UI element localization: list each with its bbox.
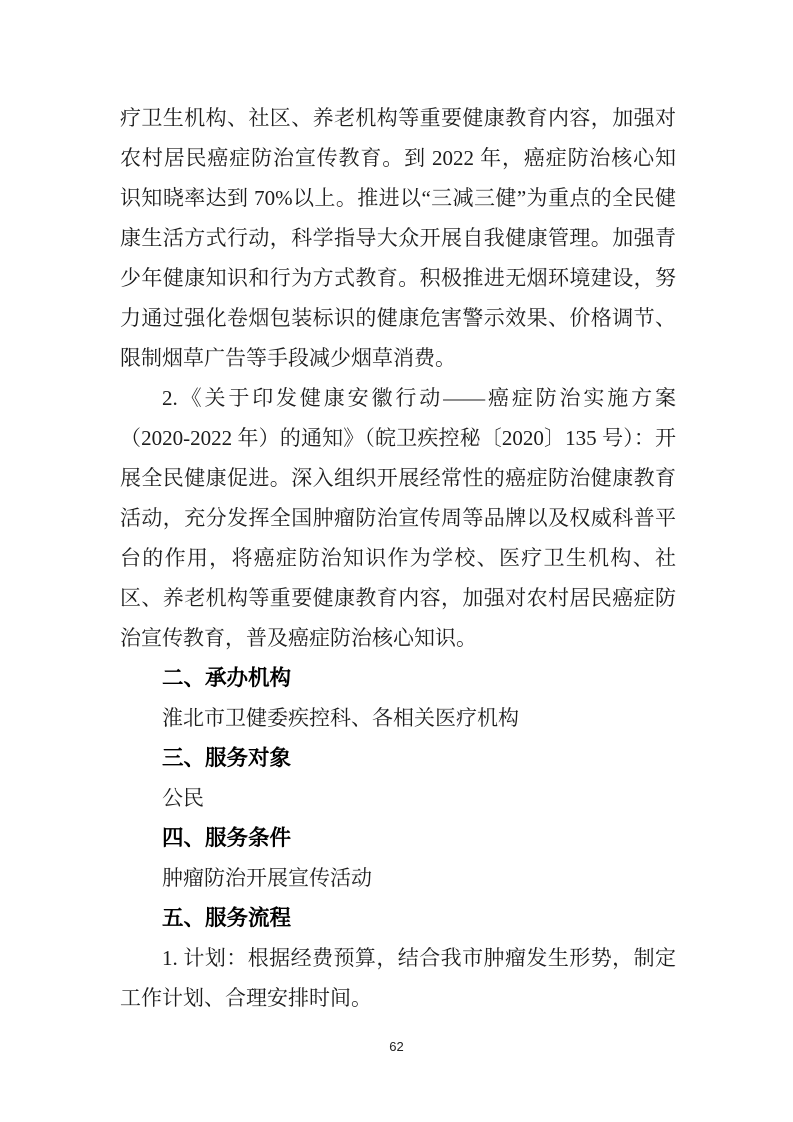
page-number: 62 <box>389 1039 403 1054</box>
section-heading: 四、服务条件 <box>120 818 676 858</box>
body-paragraph: 1. 计划：根据经费预算，结合我市肿瘤发生形势，制定工作计划、合理安排时间。 <box>120 938 676 1018</box>
section-heading: 五、服务流程 <box>120 898 676 938</box>
document-content: 疗卫生机构、社区、养老机构等重要健康教育内容，加强对农村居民癌症防治宣传教育。到… <box>120 98 676 1018</box>
section-heading: 三、服务对象 <box>120 738 676 778</box>
page-footer: 62 <box>0 1038 793 1056</box>
body-paragraph: 淮北市卫健委疾控科、各相关医疗机构 <box>120 698 676 738</box>
document-page: 疗卫生机构、社区、养老机构等重要健康教育内容，加强对农村居民癌症防治宣传教育。到… <box>0 0 793 1122</box>
body-paragraph: 疗卫生机构、社区、养老机构等重要健康教育内容，加强对农村居民癌症防治宣传教育。到… <box>120 98 676 378</box>
body-paragraph: 2.《关于印发健康安徽行动——癌症防治实施方案（2020-2022 年）的通知》… <box>120 378 676 658</box>
body-paragraph: 肿瘤防治开展宣传活动 <box>120 858 676 898</box>
section-heading: 二、承办机构 <box>120 658 676 698</box>
body-paragraph: 公民 <box>120 778 676 818</box>
